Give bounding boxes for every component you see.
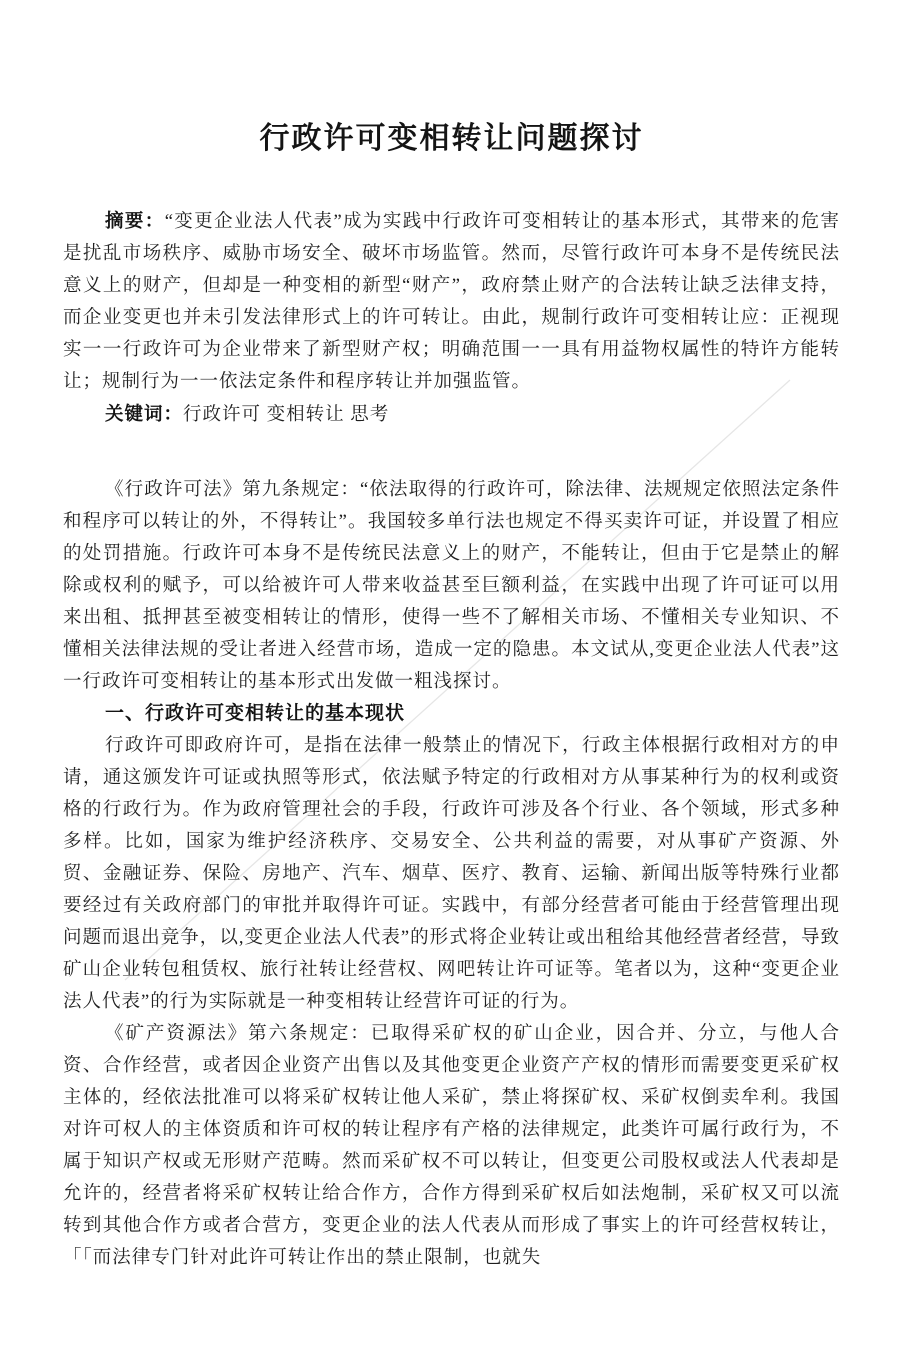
section-heading-1: 一、行政许可变相转让的基本现状 (63, 698, 840, 730)
keywords-label: 关键词： (105, 403, 183, 424)
keywords-line: 关键词：行政许可 变相转让 思考 (63, 398, 840, 431)
abstract-paragraph: 摘要：“变更企业法人代表”成为实践中行政许可变相转让的基本形式，其带来的危害是扰… (63, 205, 840, 398)
abstract-text: “变更企业法人代表”成为实践中行政许可变相转让的基本形式，其带来的危害是扰乱市场… (63, 212, 840, 392)
abstract-label: 摘要： (105, 210, 165, 231)
section1-paragraph-1: 行政许可即政府许可，是指在法律一般禁止的情况下，行政主体根据行政相对方的申请，通… (63, 730, 840, 1018)
document-page: 行政许可变相转让问题探讨 摘要：“变更企业法人代表”成为实践中行政许可变相转让的… (0, 0, 920, 1360)
page-title: 行政许可变相转让问题探讨 (63, 118, 840, 160)
section1-paragraph-2: 《矿产资源法》第六条规定：已取得采矿权的矿山企业，因合并、分立，与他人合资、合作… (63, 1018, 840, 1274)
keywords-terms: 行政许可 变相转让 思考 (183, 405, 389, 425)
intro-paragraph: 《行政许可法》第九条规定：“依法取得的行政许可，除法律、法规规定依照法定条件和程… (63, 474, 840, 698)
